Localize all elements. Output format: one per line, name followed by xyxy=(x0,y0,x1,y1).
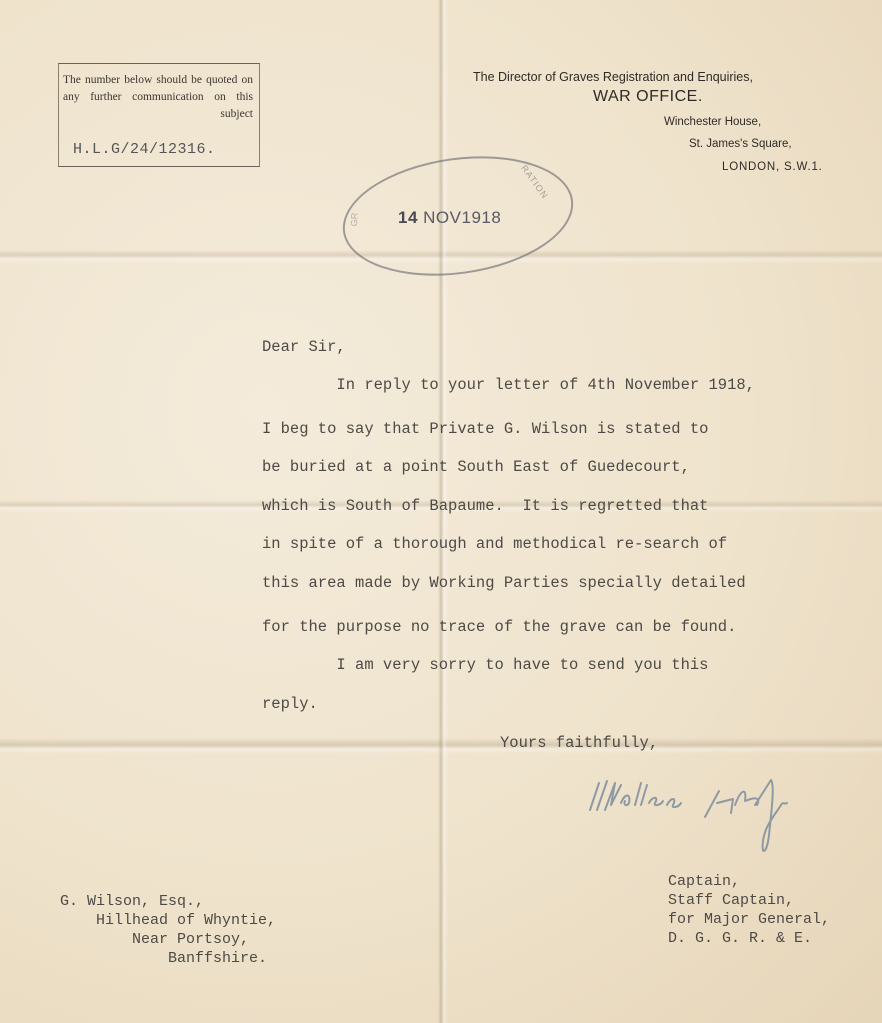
letterhead-address-line: Winchester House, xyxy=(664,116,761,128)
signatory-line: for Major General, xyxy=(668,911,830,928)
letter-page: The number below should be quoted on any… xyxy=(0,0,882,1023)
addressee-line: Hillhead of Whyntie, xyxy=(60,912,276,929)
body-line: In reply to your letter of 4th November … xyxy=(262,376,755,394)
addressee-line: Banffshire. xyxy=(60,950,267,967)
body-line: this area made by Working Parties specia… xyxy=(262,574,746,592)
stamp-ring-text: GR xyxy=(349,213,359,227)
signatory-line: Captain, xyxy=(668,873,740,890)
stamp-day: 14 xyxy=(398,208,418,227)
letterhead-address-line: St. James's Square, xyxy=(689,138,792,150)
stamp-ring-text: RATION xyxy=(519,163,550,201)
closing: Yours faithfully, xyxy=(500,734,658,752)
letterhead-address-line: LONDON, S.W.1. xyxy=(722,161,823,173)
letterhead-director: The Director of Graves Registration and … xyxy=(473,70,753,84)
body-line: in spite of a thorough and methodical re… xyxy=(262,535,727,553)
reference-note: The number below should be quoted on any… xyxy=(63,72,253,123)
body-line: for the purpose no trace of the grave ca… xyxy=(262,618,736,636)
body-line: I am very sorry to have to send you this xyxy=(262,656,708,674)
signatory-line: D. G. G. R. & E. xyxy=(668,930,812,947)
handwritten-signature xyxy=(585,775,845,865)
reference-number-box: The number below should be quoted on any… xyxy=(58,63,260,167)
stamp-month-year: NOV1918 xyxy=(423,208,501,227)
body-line: I beg to say that Private G. Wilson is s… xyxy=(262,420,708,438)
body-line: be buried at a point South East of Guede… xyxy=(262,458,690,476)
addressee-line: Near Portsoy, xyxy=(60,931,249,948)
salutation: Dear Sir, xyxy=(262,338,346,356)
reference-number: H.L.G/24/12316. xyxy=(73,141,216,158)
letterhead-office: WAR OFFICE. xyxy=(593,88,703,106)
signatory-line: Staff Captain, xyxy=(668,892,794,909)
body-line: reply. xyxy=(262,695,318,713)
addressee-line: G. Wilson, Esq., xyxy=(60,893,204,910)
body-line: which is South of Bapaume. It is regrett… xyxy=(262,497,708,515)
stamp-date: 14 NOV1918 xyxy=(398,208,501,228)
